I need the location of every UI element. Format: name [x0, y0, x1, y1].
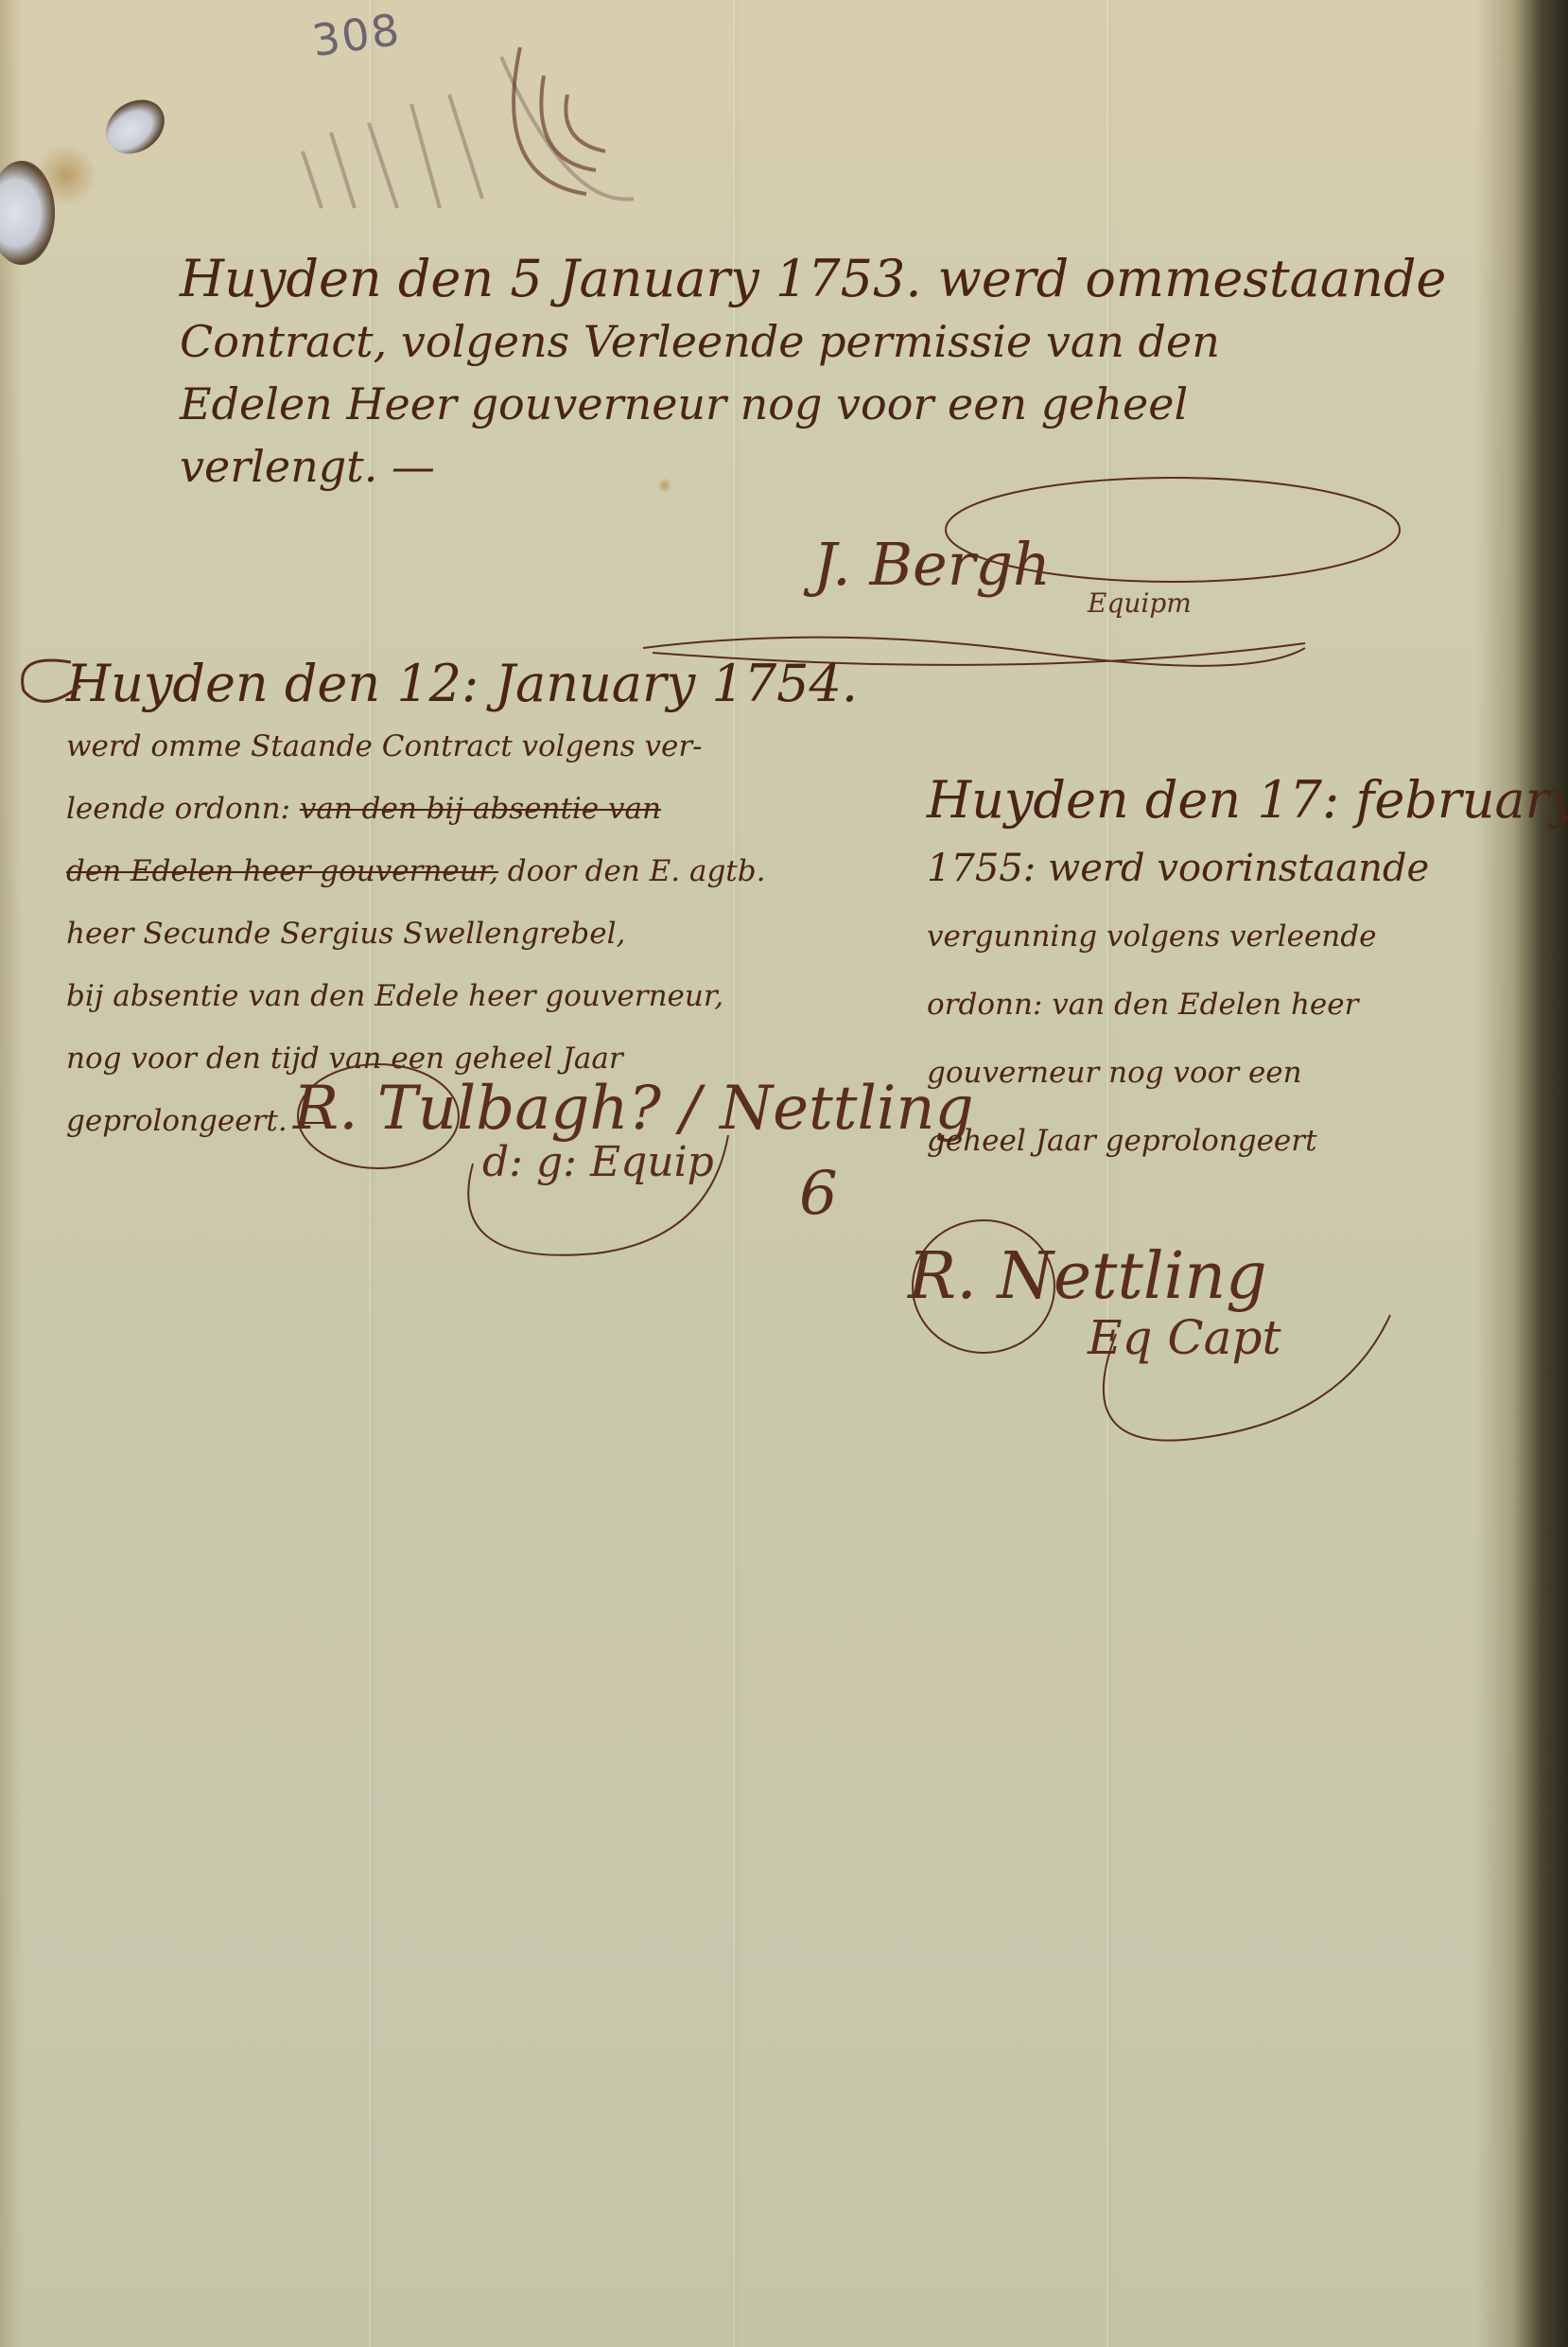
entry-line: leende ordonn: van den bij absentie van — [66, 778, 858, 840]
struck-text: den Edelen heer gouverneur, — [66, 854, 498, 888]
entry-1753: Huyden den 5 January 1753. werd ommestaa… — [180, 248, 1446, 498]
entry-line: geheel Jaar geprolongeert — [927, 1107, 1568, 1175]
entry-line: 1755: werd voorinstaande — [927, 834, 1568, 902]
entry-1755: Huyden den 17: february 1755: werd voori… — [927, 766, 1568, 1175]
entry-line: vergunning volgens verleende — [927, 902, 1568, 971]
margin-flourish — [5, 643, 90, 719]
entry-text: door den E. agtb. — [498, 854, 766, 888]
signature-flourish — [284, 1050, 813, 1277]
signature-flourish — [643, 464, 1456, 672]
entry-line: den Edelen heer gouverneur, door den E. … — [66, 840, 858, 902]
bleed-through-marks — [284, 19, 946, 227]
paper-damage-hole — [96, 89, 175, 165]
paper-stain — [38, 142, 95, 208]
margin-mark: 6 — [799, 1159, 838, 1229]
entry-line: Huyden den 12: January 1754. — [66, 653, 858, 715]
entry-line: Contract, volgens Verleende permissie va… — [180, 310, 1446, 373]
signature-flourish — [898, 1211, 1485, 1457]
entry-line: werd omme Staande Contract volgens ver- — [66, 715, 858, 778]
entry-line: ordonn: van den Edelen heer — [927, 971, 1568, 1039]
entry-line: heer Secunde Sergius Swellengrebel, — [66, 902, 858, 965]
document-page: 308 Huyden den 5 January 1753. werd omme… — [0, 0, 1568, 2347]
entry-line: Edelen Heer gouverneur nog voor een gehe… — [180, 373, 1446, 435]
entry-text: leende ordonn: — [66, 792, 300, 826]
struck-text: van den bij absentie van — [300, 792, 661, 826]
entry-line: bij absentie van den Edele heer gouverne… — [66, 965, 858, 1027]
entry-line: gouverneur nog voor een — [927, 1039, 1568, 1107]
entry-line: Huyden den 17: february — [927, 766, 1568, 834]
entry-line: Huyden den 5 January 1753. werd ommestaa… — [180, 248, 1446, 310]
